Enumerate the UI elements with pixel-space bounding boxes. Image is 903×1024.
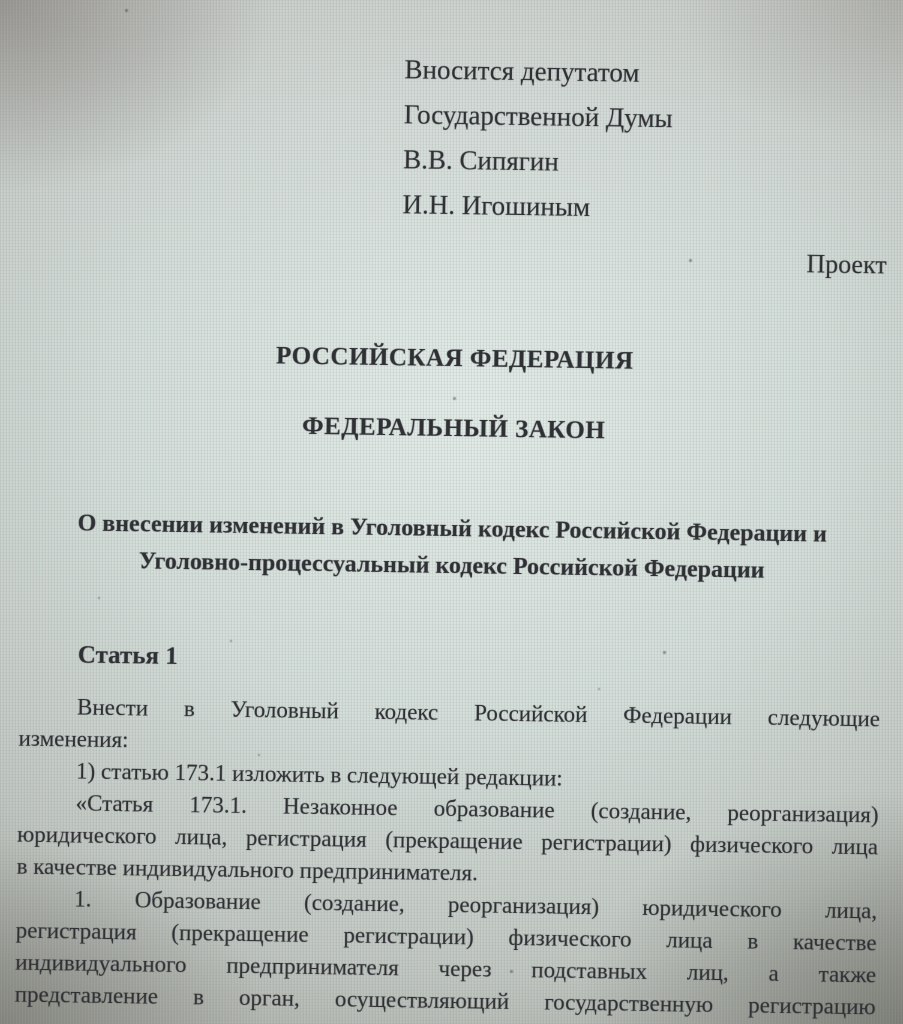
article-1-body: Внести в Уголовный кодекс Российской Фед… — [15, 691, 881, 1024]
law-draft-page: Вносится депутатом Государственной Думы … — [0, 0, 903, 1024]
law-title: О внесении изменений в Уголовный кодекс … — [21, 505, 883, 592]
paragraph: «Статья 173.1. Незаконное образование (с… — [16, 787, 878, 896]
law-type-heading: ФЕДЕРАЛЬНЫЙ ЗАКОН — [23, 403, 884, 456]
submitted-by-block: Вносится депутатом Государственной Думы … — [402, 47, 890, 234]
submitted-by-line: Государственной Думы — [404, 92, 890, 144]
submitted-by-line: В.В. Сипягин — [403, 137, 889, 189]
submitted-by-line: И.Н. Игошиным — [402, 182, 888, 234]
article-1-heading: Статья 1 — [78, 639, 881, 683]
submitted-by-line: Вносится депутатом — [404, 47, 890, 99]
paragraph: 1. Образование (создание, реорганизация)… — [15, 883, 878, 1024]
country-heading: РОССИЙСКАЯ ФЕДЕРАЦИЯ — [24, 333, 885, 386]
draft-label: Проект — [25, 230, 887, 288]
document-photo: Вносится депутатом Государственной Думы … — [0, 0, 903, 1024]
